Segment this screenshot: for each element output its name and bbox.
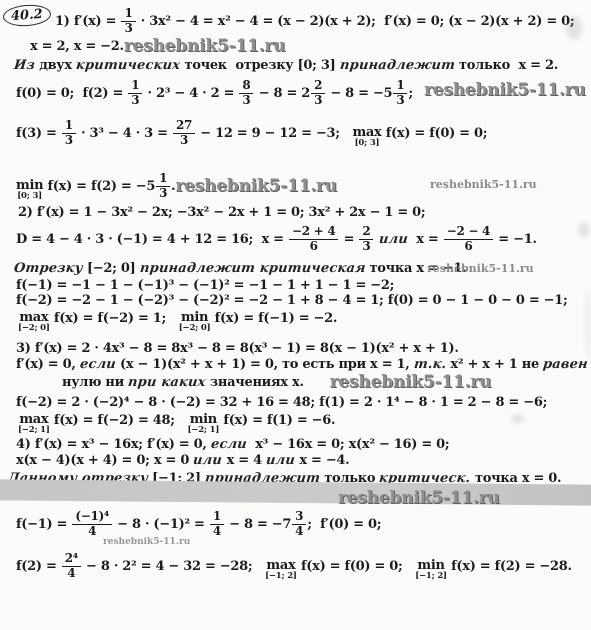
numerator: 2 bbox=[311, 79, 325, 94]
operator-name: min bbox=[16, 179, 43, 193]
scanned-solution-page: 40.2 1) f′(x) = 13 · 3x² − 4 = x² − 4 = … bbox=[0, 0, 591, 630]
numerator: 1 bbox=[128, 79, 142, 94]
fraction: 13 bbox=[62, 119, 76, 148]
math-text: двух bbox=[35, 58, 76, 73]
operator-name: max bbox=[352, 126, 381, 140]
math-text: 2) f′(x) = 1 − 3x² − 2x; −3x² − 2x + 1 =… bbox=[18, 205, 425, 220]
limit-operator: max[0; 3] bbox=[352, 126, 381, 149]
numerator: 27 bbox=[173, 119, 195, 134]
math-text: − 8 = 2 bbox=[254, 86, 310, 101]
numerator: −2 − 4 bbox=[444, 225, 493, 240]
math-text: − 8 = −7 bbox=[225, 517, 291, 532]
fraction: (−1)⁴4 bbox=[72, 510, 112, 539]
math-text: − 12 = 9 − 12 = −3; bbox=[196, 126, 352, 141]
math-text: · 3³ − 4 · 3 = bbox=[77, 126, 172, 141]
math-text: · 3x² − 4 = x² − 4 = (x − 2)(x + 2); f′(… bbox=[137, 14, 575, 29]
operator-name: max bbox=[266, 559, 295, 573]
operator-name: max bbox=[19, 413, 48, 427]
numerator: 1 bbox=[393, 79, 407, 94]
math-text: − 8 · (−1)² = bbox=[113, 517, 209, 532]
denominator: 3 bbox=[393, 94, 407, 108]
fraction: 23 bbox=[359, 225, 373, 254]
denominator: 3 bbox=[173, 134, 195, 148]
operator-name: min bbox=[417, 559, 444, 573]
handwritten-text: или bbox=[378, 232, 409, 247]
interval-subscript: [−1; 2] bbox=[265, 572, 297, 581]
fraction: 83 bbox=[239, 79, 253, 108]
watermark: reshebnik5-11.ru bbox=[430, 178, 537, 191]
fraction: 34 bbox=[292, 510, 306, 539]
watermark: reshebnik5-11.ru bbox=[424, 80, 586, 100]
watermark: reshebnik5-11.ru bbox=[175, 176, 337, 196]
math-line: f(0) = 0; f(2) = 13 · 2³ − 4 · 2 = 83 − … bbox=[16, 75, 413, 111]
scan-smudge bbox=[566, 16, 582, 40]
operator-name: min bbox=[190, 413, 217, 427]
scan-smudge bbox=[585, 290, 591, 360]
math-text: f(x) = f(0) = 0; bbox=[297, 559, 415, 574]
handwritten-text: принадлежит bbox=[339, 58, 456, 73]
scan-smudge bbox=[578, 222, 590, 238]
fraction: 273 bbox=[173, 119, 195, 148]
watermark: reshebnik5-11.ru bbox=[338, 488, 500, 508]
fraction: 23 bbox=[311, 79, 325, 108]
math-text: − 8 · 2² = 4 − 32 = −28; bbox=[82, 559, 265, 574]
math-text: 1) f′(x) = bbox=[55, 14, 120, 29]
math-text: f(x) = f(2) = −28. bbox=[447, 559, 572, 574]
numerator: (−1)⁴ bbox=[72, 510, 112, 525]
math-text: ; f′(0) = 0; bbox=[307, 517, 381, 532]
math-text: f(x) = f(0) = 0; bbox=[382, 126, 488, 141]
math-text: x = bbox=[408, 232, 443, 247]
fraction: 14 bbox=[210, 510, 224, 539]
math-text: f(x) = f(−1) = −2. bbox=[210, 311, 337, 326]
scan-smudge bbox=[511, 414, 525, 423]
math-text: точек отрезку [0; 3] bbox=[180, 58, 339, 73]
math-text: D = 4 − 4 · 3 · (−1) = 4 + 12 = 16; x = bbox=[16, 232, 288, 247]
math-text: ; bbox=[408, 86, 413, 101]
math-line: f(2) = 2⁴4 − 8 · 2² = 4 − 32 = −28; max[… bbox=[16, 548, 572, 584]
math-text: f(x) = f(2) = −5 bbox=[43, 179, 155, 194]
denominator: 3 bbox=[128, 94, 142, 108]
watermark: reshebnik5-11.ru bbox=[103, 537, 190, 547]
limit-operator: min[−1; 2] bbox=[415, 559, 447, 582]
operator-name: max bbox=[19, 311, 48, 325]
numerator: 2⁴ bbox=[62, 552, 81, 567]
interval-subscript: [−1; 2] bbox=[415, 572, 447, 581]
numerator: 2 bbox=[359, 225, 373, 240]
numerator: −2 + 4 bbox=[289, 225, 338, 240]
fraction: 13 bbox=[393, 79, 407, 108]
watermark: reshebnik5-11.ru bbox=[427, 262, 534, 275]
math-text: f(0) = 0; f(2) = bbox=[16, 86, 127, 101]
math-text: только x = 2. bbox=[455, 58, 558, 73]
math-line: f(−1) = (−1)⁴4 − 8 · (−1)² = 14 − 8 = −7… bbox=[16, 506, 381, 542]
math-text: = bbox=[339, 232, 358, 247]
numerator: 1 bbox=[210, 510, 224, 525]
math-text: − 8 = −5 bbox=[326, 86, 392, 101]
fraction: 2⁴4 bbox=[62, 552, 81, 581]
numerator: 1 bbox=[121, 7, 135, 22]
denominator: 3 bbox=[311, 94, 325, 108]
fraction: −2 + 46 bbox=[289, 225, 338, 254]
fraction: −2 − 46 bbox=[444, 225, 493, 254]
math-text: f(3) = bbox=[16, 126, 61, 141]
math-text: f(x) = f(−2) = 1; bbox=[50, 311, 179, 326]
denominator: 4 bbox=[292, 525, 306, 539]
handwritten-text: Из bbox=[13, 58, 36, 73]
denominator: 4 bbox=[210, 525, 224, 539]
limit-operator: max[−1; 2] bbox=[265, 559, 297, 582]
numerator: 1 bbox=[62, 119, 76, 134]
fraction: 13 bbox=[128, 79, 142, 108]
numerator: 3 bbox=[292, 510, 306, 525]
numerator: 1 bbox=[156, 172, 170, 187]
math-text: f(−1) = bbox=[16, 517, 71, 532]
math-text: f(2) = bbox=[16, 559, 61, 574]
math-line: f(3) = 13 · 3³ − 4 · 3 = 273 − 12 = 9 − … bbox=[16, 115, 487, 151]
interval-subscript: [0; 3] bbox=[355, 139, 380, 148]
denominator: 4 bbox=[62, 567, 81, 581]
math-text: = −1. bbox=[494, 232, 537, 247]
denominator: 3 bbox=[62, 134, 76, 148]
denominator: 3 bbox=[239, 94, 253, 108]
operator-name: min bbox=[181, 311, 208, 325]
numerator: 8 bbox=[239, 79, 253, 94]
problem-number-badge: 40.2 bbox=[2, 3, 51, 27]
handwritten-text: критических bbox=[75, 58, 181, 73]
scan-artifact-band bbox=[0, 479, 591, 505]
handwritten-text: равен bbox=[542, 357, 588, 372]
math-text: · 2³ − 4 · 2 = bbox=[143, 86, 238, 101]
